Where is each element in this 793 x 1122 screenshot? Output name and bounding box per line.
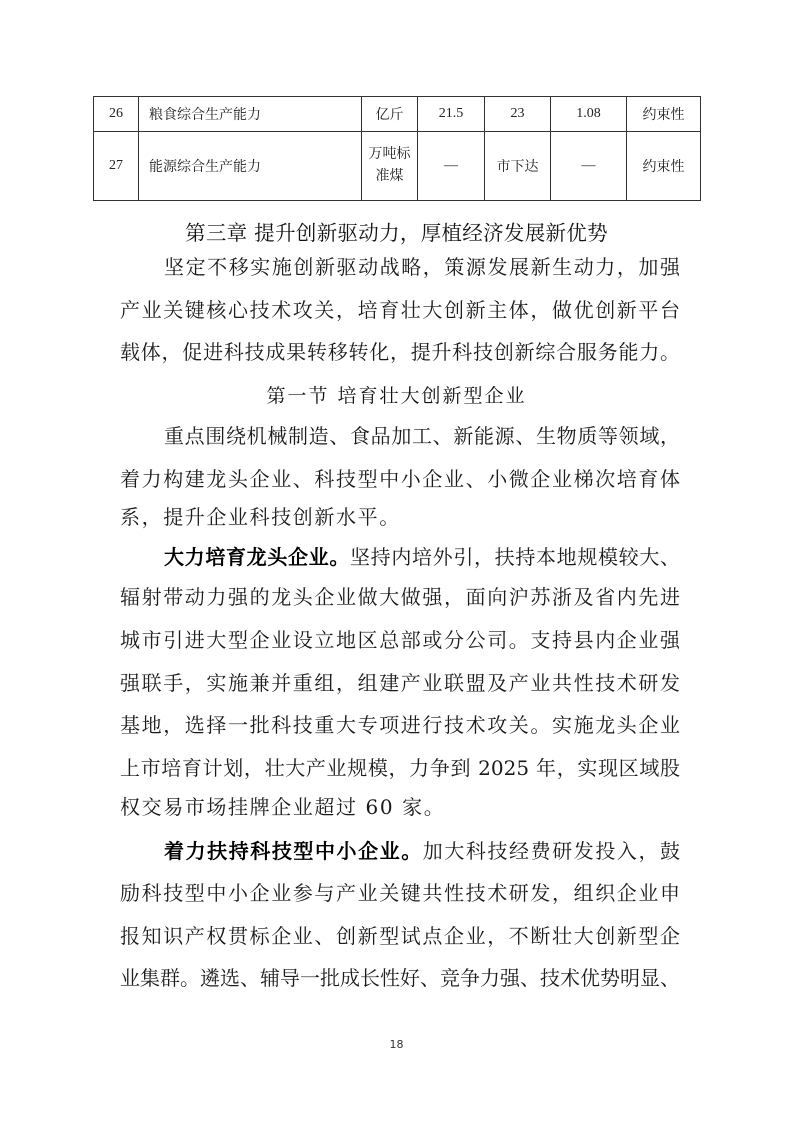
paragraph-line: 系，提升企业科技创新水平。 [120,502,680,532]
paragraph-lead: 着力扶持科技型中小企业。 [164,839,423,863]
paragraph-line: 基地，选择一批科技重大专项进行技术攻关。实施龙头企业 [120,710,680,740]
paragraph-lead: 大力培育龙头企业。 [164,545,350,569]
indicator-table: 26 粮食综合生产能力 亿斤 21.5 23 1.08 约束性 27 能源综合生… [93,96,701,201]
paragraph-line: 权交易市场挂牌企业超过 60 家。 [120,792,680,822]
unit: 亿斤 [362,97,418,132]
paragraph-line: 着力构建龙头企业、科技型中小企业、小微企业梯次培育体 [120,464,680,494]
paragraph-line: 强联手，实施兼并重组，组建产业联盟及产业共性技术研发 [120,668,680,698]
growth-value: 1.08 [551,97,627,132]
indicator-name: 粮食综合生产能力 [139,97,362,132]
indicator-name: 能源综合生产能力 [139,132,362,201]
base-value: 21.5 [418,97,485,132]
paragraph-line: 重点围绕机械制造、食品加工、新能源、生物质等领域， [164,421,680,451]
paragraph-line: 城市引进大型企业设立地区总部或分公司。支持县内企业强 [120,625,680,655]
paragraph-line: 励科技型中小企业参与产业关键共性技术研发，组织企业申 [120,878,680,908]
row-number: 26 [94,97,139,132]
paragraph-line: 业集群。遴选、辅导一批成长性好、竞争力强、技术优势明显、 [120,963,680,993]
paragraph-line: 坚定不移实施创新驱动战略，策源发展新生动力，加强 [164,252,680,282]
page-number: 18 [0,1038,793,1051]
unit: 万吨标 准煤 [362,132,418,201]
table-row: 27 能源综合生产能力 万吨标 准煤 — 市下达 — 约束性 [94,132,701,201]
unit-line: 万吨标 [362,144,417,166]
paragraph-line: 大力培育龙头企业。坚持内培外引，扶持本地规模较大、 [164,542,680,572]
target-value: 市下达 [485,132,551,201]
base-value: — [418,132,485,201]
target-value: 23 [485,97,551,132]
table-row: 26 粮食综合生产能力 亿斤 21.5 23 1.08 约束性 [94,97,701,132]
section-title: 第一节 培育壮大创新型企业 [0,381,793,408]
paragraph-text: 加大科技经费研发投入，鼓 [423,839,680,863]
paragraph-text: 坚持内培外引，扶持本地规模较大、 [350,545,680,569]
paragraph-line: 产业关键核心技术攻关，培育壮大创新主体，做优创新平台 [120,295,680,325]
paragraph-line: 上市培育计划，壮大产业规模，力争到 2025 年，实现区域股 [120,753,680,783]
paragraph-line: 报知识产权贯标企业、创新型试点企业，不断壮大创新型企 [120,921,680,951]
growth-value: — [551,132,627,201]
row-number: 27 [94,132,139,201]
chapter-title: 第三章 提升创新驱动力，厚植经济发展新优势 [0,216,793,246]
paragraph-line: 着力扶持科技型中小企业。加大科技经费研发投入，鼓 [164,836,680,866]
attribute: 约束性 [627,97,701,132]
attribute: 约束性 [627,132,701,201]
paragraph-line: 辐射带动力强的龙头企业做大做强，面向沪苏浙及省内先进 [120,582,680,612]
paragraph-line: 载体，促进科技成果转移转化，提升科技创新综合服务能力。 [120,337,680,367]
unit-line: 准煤 [362,166,417,188]
